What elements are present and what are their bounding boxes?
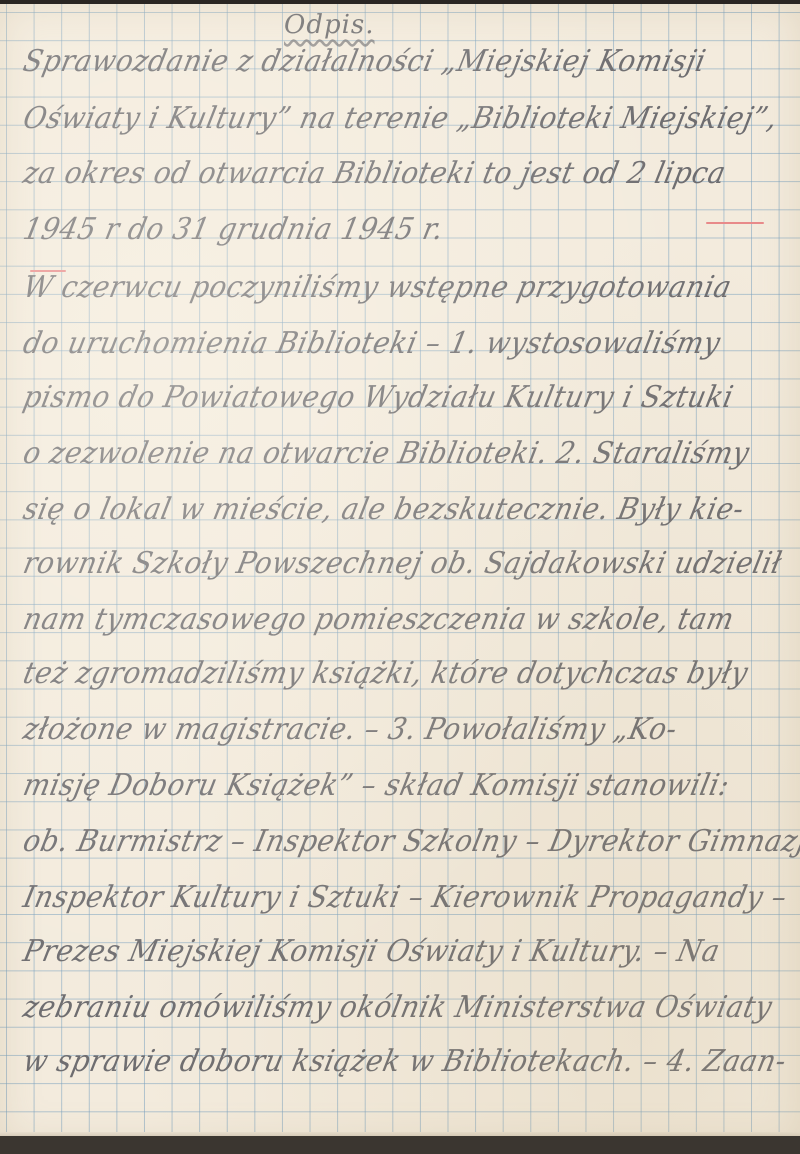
text-line-16: Inspektor Kultury i Sztuki – Kierownik P… (20, 880, 790, 915)
text-line-14: misję Doboru Książek” – skład Komisji st… (20, 768, 733, 803)
text-line-7: pismo do Powiatowego Wydziału Kultury i … (20, 380, 737, 415)
text-line-6: do uruchomienia Biblioteki – 1. wystosow… (20, 326, 724, 361)
red-underline-year (30, 270, 66, 272)
text-line-1: Sprawozdanie z działalności „Miejskiej K… (20, 44, 709, 79)
text-line-19: w sprawie doboru książek w Bibliotekach.… (20, 1044, 790, 1079)
document-title: Odpis. (284, 10, 375, 40)
text-line-18: zebraniu omówiliśmy okólnik Ministerstwa… (20, 990, 775, 1025)
text-line-5: W czerwcu poczyniliśmy wstępne przygotow… (20, 270, 735, 305)
text-line-9: się o lokal w mieście, ale bezskutecznie… (20, 492, 747, 527)
text-line-17: Prezes Miejskiej Komisji Oświaty i Kultu… (20, 934, 723, 969)
text-line-12: też zgromadziliśmy książki, które dotych… (20, 656, 751, 691)
text-line-3: za okres od otwarcia Biblioteki to jest … (20, 156, 729, 191)
red-underline-date (706, 222, 764, 224)
text-line-11: nam tymczasowego pomieszczenia w szkole,… (20, 602, 737, 637)
text-line-10: rownik Szkoły Powszechnej ob. Sajdakowsk… (20, 546, 785, 581)
text-line-13: złożone w magistracie. – 3. Powołaliśmy … (20, 712, 680, 747)
text-line-8: o zezwolenie na otwarcie Biblioteki. 2. … (20, 436, 753, 471)
text-line-4: 1945 r do 31 grudnia 1945 r. (20, 212, 447, 247)
notebook-page: Odpis. Sprawozdanie z działalności „Miej… (0, 4, 800, 1144)
text-line-15: ob. Burmistrz – Inspektor Szkolny – Dyre… (20, 824, 800, 859)
scan-background-edge (0, 1136, 800, 1154)
text-line-2: Oświaty i Kultury” na terenie „Bibliotek… (20, 101, 781, 136)
